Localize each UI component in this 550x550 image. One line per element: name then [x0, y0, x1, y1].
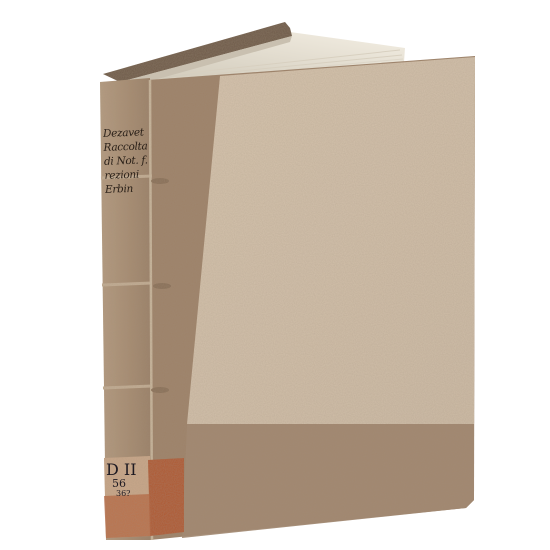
shelf-mark: D II 56 36?: [106, 462, 154, 498]
shelf-mark-line: 56: [112, 478, 154, 489]
shelf-mark-line: 36?: [116, 489, 154, 498]
cover-light-panel: [187, 57, 475, 424]
spine-title-line: di Not. f.: [104, 153, 154, 169]
shelf-mark-line: D II: [106, 462, 154, 478]
spine-title: Dezavet Raccolta di Not. f. rezioni Erbi…: [103, 125, 155, 197]
book-photo: Dezavet Raccolta di Not. f. rezioni Erbi…: [0, 0, 550, 550]
book-illustration: [0, 0, 550, 550]
front-cover: [148, 56, 475, 540]
spine-title-line: Erbin: [105, 181, 155, 197]
